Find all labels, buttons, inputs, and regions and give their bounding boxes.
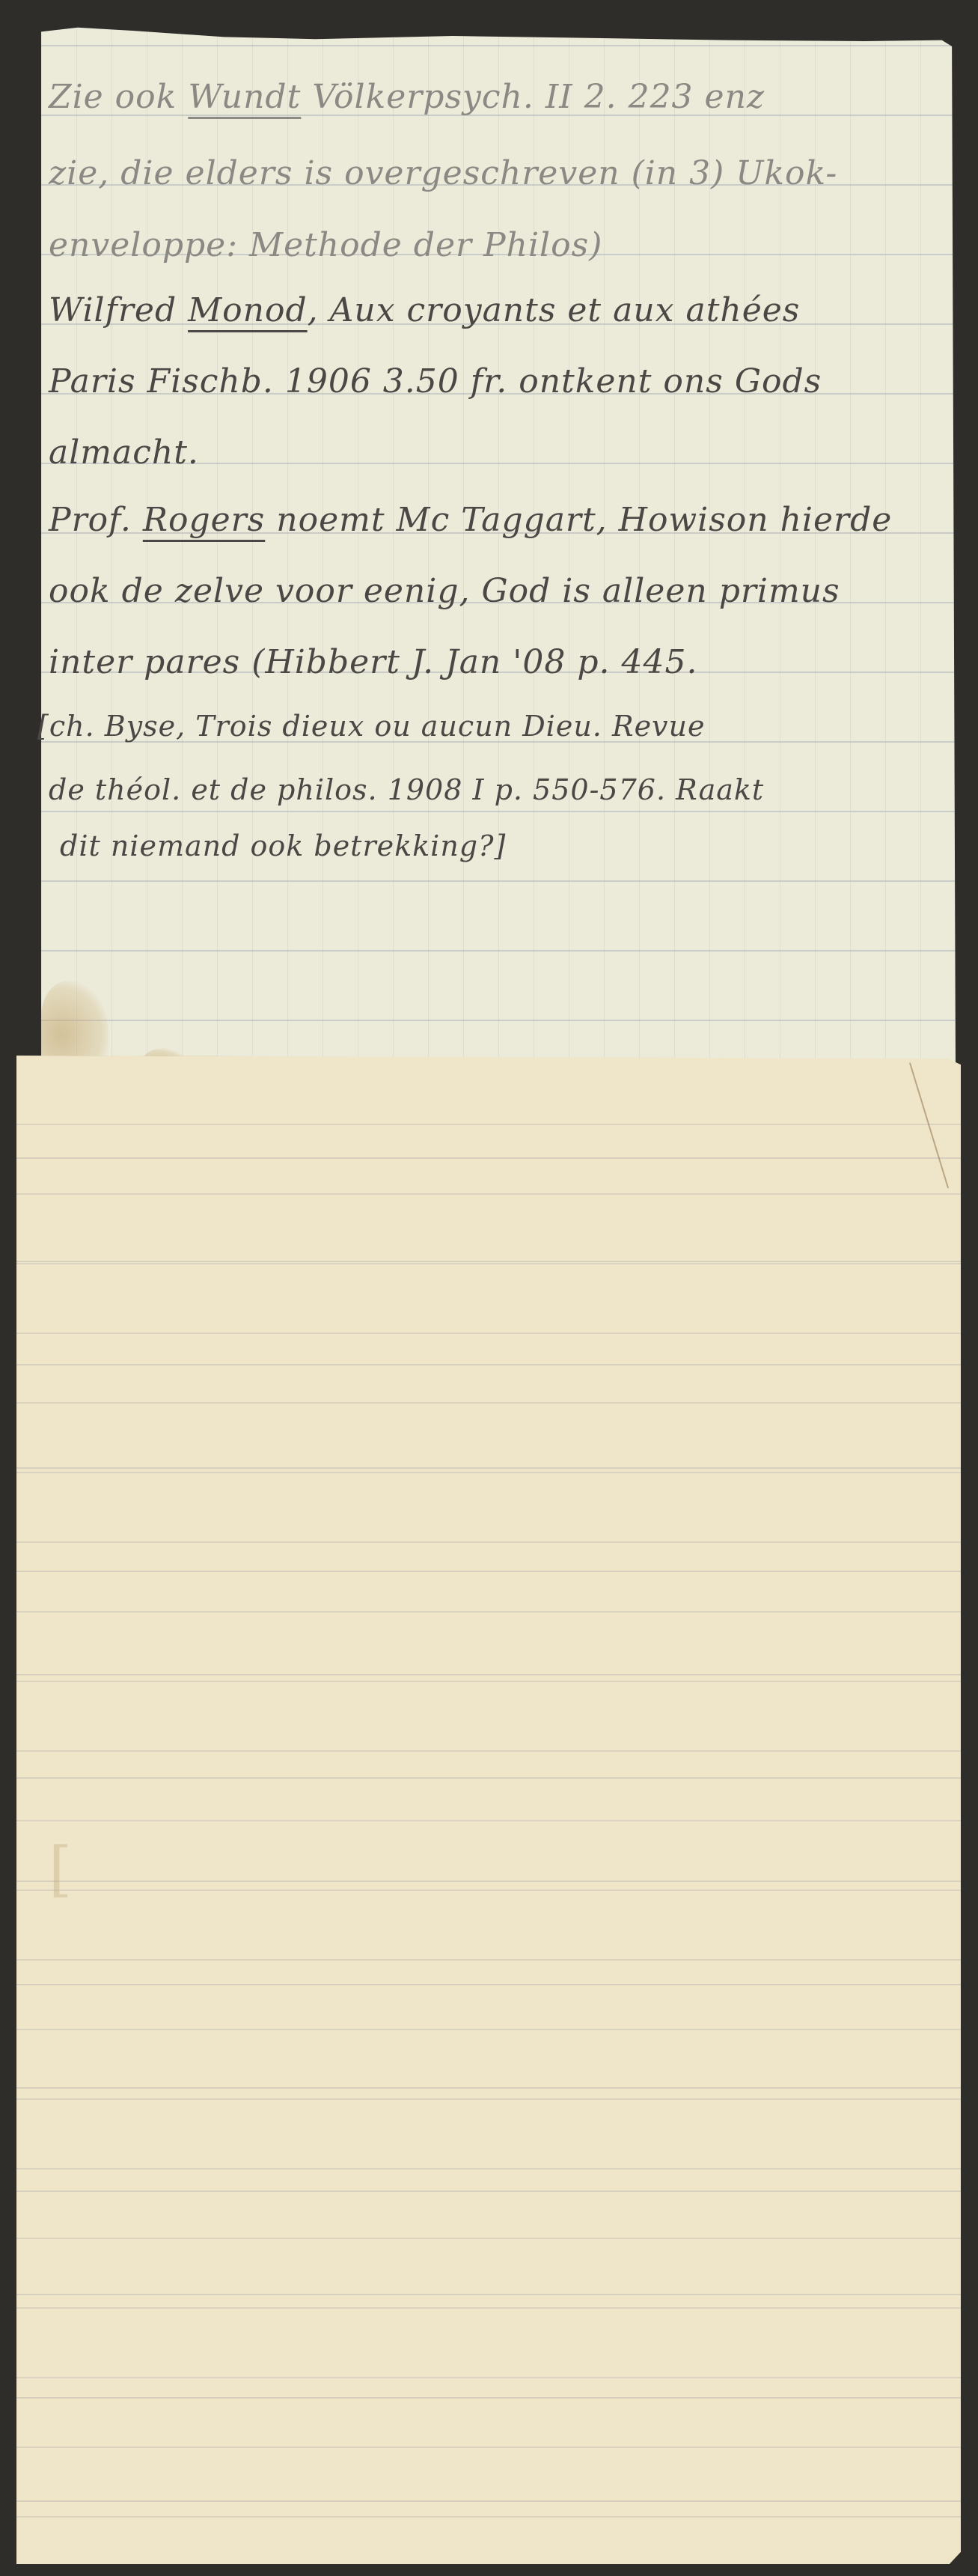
underlined-name-wundt: Wundt xyxy=(188,78,301,116)
underlined-name-rogers: Rogers xyxy=(143,501,265,539)
text: Prof. xyxy=(49,501,143,539)
note-line-4: Wilfred Monod, Aux croyants et aux athée… xyxy=(49,288,800,333)
note-line-8: ook de zelve voor eenig, God is alleen p… xyxy=(49,569,840,614)
text: noemt Mc Taggart, Howison hierde xyxy=(265,501,892,539)
text: Zie ook xyxy=(49,78,188,116)
note-line-12: dit niemand ook betrekking?] xyxy=(60,823,506,868)
note-line-1: Zie ook Wundt Völkerpsych. II 2. 223 enz xyxy=(49,75,765,120)
faint-offset-bracket-mark: [ xyxy=(49,1834,72,1904)
note-line-5: Paris Fischb. 1906 3.50 fr. ontkent ons … xyxy=(49,359,822,404)
scan-canvas: Zie ook Wundt Völkerpsych. II 2. 223 enz… xyxy=(0,0,978,2576)
lower-sheet-ruled-paper xyxy=(16,1056,961,2564)
note-line-2: zie, die elders is overgeschreven (in 3)… xyxy=(49,151,837,196)
note-line-9: inter pares (Hibbert J. Jan '08 p. 445. xyxy=(49,640,697,685)
text: Wilfred xyxy=(49,291,188,329)
underlined-name-monod: Monod xyxy=(188,291,308,329)
note-line-6: almacht. xyxy=(49,430,199,475)
note-line-3: enveloppe: Methode der Philos) xyxy=(49,223,602,268)
note-line-11: de théol. et de philos. 1908 I p. 550-57… xyxy=(49,767,764,812)
text: , Aux croyants et aux athées xyxy=(308,291,801,329)
text: Völkerpsych. II 2. 223 enz xyxy=(301,78,765,116)
note-line-7: Prof. Rogers noemt Mc Taggart, Howison h… xyxy=(49,498,892,543)
note-line-10: [ch. Byse, Trois dieux ou aucun Dieu. Re… xyxy=(37,704,706,749)
